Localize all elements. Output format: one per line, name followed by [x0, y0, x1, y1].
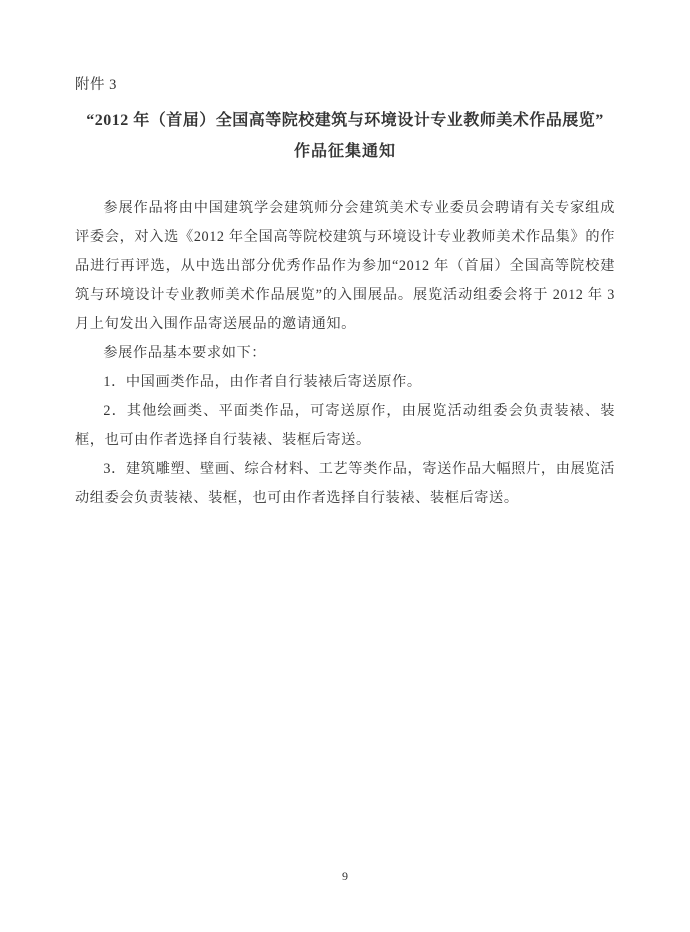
document-title-line1: “2012 年（首届）全国高等院校建筑与环境设计专业教师美术作品展览” — [75, 110, 615, 132]
document-body: 参展作品将由中国建筑学会建筑师分会建筑美术专业委员会聘请有关专家组成评委会，对入… — [75, 194, 615, 513]
document-page: 附件 3 “2012 年（首届）全国高等院校建筑与环境设计专业教师美术作品展览”… — [0, 0, 690, 932]
paragraph-item-2: 2．其他绘画类、平面类作品，可寄送原作，由展览活动组委会负责装裱、装框，也可由作… — [75, 397, 615, 455]
paragraph-item-3: 3．建筑雕塑、壁画、综合材料、工艺等类作品，寄送作品大幅照片，由展览活动组委会负… — [75, 455, 615, 513]
paragraph-item-1: 1．中国画类作品，由作者自行装裱后寄送原作。 — [75, 368, 615, 397]
attachment-label: 附件 3 — [75, 76, 615, 94]
paragraph-intro: 参展作品将由中国建筑学会建筑师分会建筑美术专业委员会聘请有关专家组成评委会，对入… — [75, 194, 615, 339]
page-number: 9 — [0, 868, 690, 884]
paragraph-requirements-heading: 参展作品基本要求如下： — [75, 339, 615, 368]
document-title-line2: 作品征集通知 — [75, 141, 615, 163]
